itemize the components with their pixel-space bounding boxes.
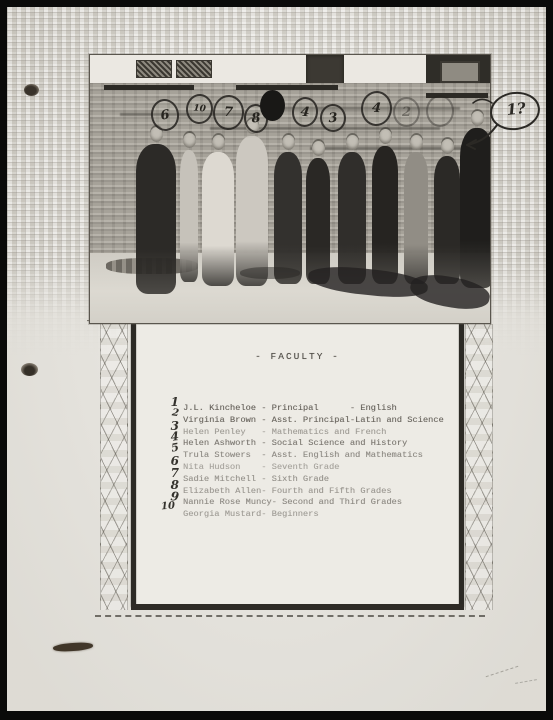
- faculty-row: 1J.L. Kincheloe - Principal - English: [183, 397, 483, 409]
- pencil-mark: [515, 679, 537, 684]
- figure-body: [136, 144, 176, 294]
- figure-body: [306, 158, 330, 284]
- faculty-list: 1J.L. Kincheloe - Principal - English2Vi…: [183, 397, 483, 515]
- faculty-figure: [270, 135, 306, 284]
- box-border-left: [131, 324, 136, 607]
- figure-body: [180, 150, 198, 282]
- cast-shadow: [240, 267, 300, 279]
- faculty-row: 6Nita Hudson - Seventh Grade: [183, 456, 483, 468]
- faculty-row: 5Trula Stowers - Asst. English and Mathe…: [183, 444, 483, 456]
- handwritten-number: 2: [160, 406, 179, 419]
- figure-body: [202, 152, 234, 286]
- figure-head: [183, 133, 196, 148]
- hole-punch-middle: [21, 363, 38, 376]
- figure-head: [346, 135, 359, 150]
- scrapbook-page: 6107894342 1? - FACULTY - 1J.L. Kinchelo…: [7, 7, 546, 711]
- faculty-row: 10Georgia Mustard- Beginners: [183, 503, 483, 515]
- faculty-row: 9Nannie Rose Muncy- Second and Third Gra…: [183, 491, 483, 503]
- faculty-row: 2Virginia Brown - Asst. Principal-Latin …: [183, 409, 483, 421]
- figure-body: [274, 152, 302, 284]
- pencil-mark: [486, 666, 519, 677]
- handwritten-number: 10: [157, 501, 176, 513]
- faculty-figure: [132, 127, 180, 294]
- faculty-figure: [232, 119, 272, 286]
- faculty-box: - FACULTY - 1J.L. Kincheloe - Principal …: [87, 319, 489, 619]
- figure-body: [404, 152, 428, 284]
- ink-smudge-bottom: [53, 642, 93, 653]
- faculty-group-photograph: [89, 54, 491, 324]
- annotation-label: 1?: [498, 98, 534, 119]
- box-border-bottom: [131, 604, 464, 610]
- leaf-border-left: [100, 324, 128, 610]
- figure-head: [410, 135, 423, 150]
- faculty-row: 7Sadie Mitchell - Sixth Grade: [183, 468, 483, 480]
- figure-body: [338, 152, 366, 284]
- hole-punch-top: [24, 84, 39, 96]
- scan-black-frame: 6107894342 1? - FACULTY - 1J.L. Kinchelo…: [0, 0, 553, 720]
- faculty-figure: [400, 135, 432, 284]
- faculty-row: 8Elizabeth Allen- Fourth and Fifth Grade…: [183, 480, 483, 492]
- circled-number: 2: [393, 97, 420, 127]
- faculty-row: 3Helen Penley - Mathematics and French: [183, 421, 483, 433]
- dashed-rule: [95, 615, 485, 617]
- faculty-figure: [368, 129, 402, 284]
- wall-ledge: [236, 85, 338, 90]
- figure-body: [236, 136, 268, 286]
- window-icon: [136, 60, 172, 78]
- faculty-entry-text: Georgia Mustard- Beginners: [183, 509, 319, 519]
- figure-head: [212, 135, 225, 150]
- faculty-figure: [302, 141, 334, 284]
- window-icon: [176, 60, 212, 78]
- figure-head: [282, 135, 295, 150]
- faculty-row: 4Helen Ashworth - Social Science and His…: [183, 432, 483, 444]
- figure-head: [312, 141, 325, 156]
- annotation-arrow: [445, 79, 546, 165]
- figure-head: [379, 129, 392, 144]
- circled-number: 9: [260, 90, 285, 121]
- wall-ledge: [104, 85, 194, 90]
- figure-body: [372, 146, 398, 284]
- faculty-heading: - FACULTY -: [136, 351, 459, 362]
- faculty-figure: [334, 135, 370, 284]
